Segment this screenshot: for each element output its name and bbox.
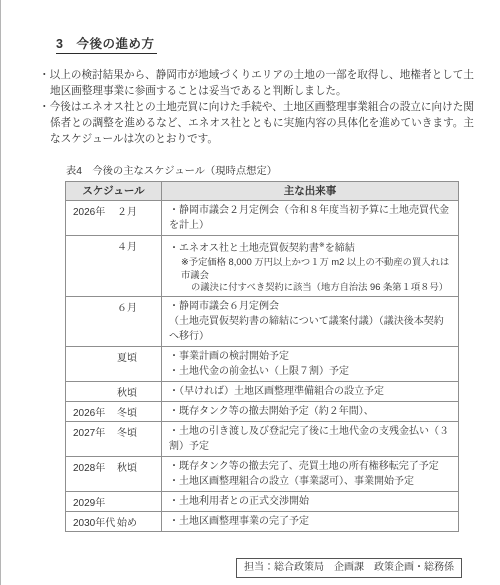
events-cell: ・土地区画整理事業の完了予定 — [162, 511, 459, 531]
schedule-table-body: 2026年２月・静岡市議会２月定例会（令和８年度当初予算に土地売買代金を計上）４… — [66, 201, 459, 532]
schedule-period: 始め — [117, 518, 137, 529]
events-cell: ・静岡市議会６月定例会（土地売買仮契約書の締結について議案付議）（議決後本契約へ… — [162, 296, 459, 346]
event-line: ・土地の引き渡し及び登記完了後に土地代金の支残金払い（３割）予定 — [169, 424, 453, 454]
table-row: ６月・静岡市議会６月定例会（土地売買仮契約書の締結について議案付議）（議決後本契… — [66, 296, 459, 346]
schedule-year: 2028年 — [73, 459, 117, 474]
body-paragraph: ・今後はエネオス社との土地売買に向けた手続や、土地区画整理事業組合の設立に向けた… — [39, 99, 474, 147]
schedule-table: スケジュール 主な出来事 2026年２月・静岡市議会２月定例会（令和８年度当初予… — [65, 181, 459, 532]
schedule-cell: 2028年秋頃 — [66, 456, 162, 491]
document-page: 3 今後の進め方 ・以上の検討結果から、静岡市が地域づくりエリアの土地の一部を取… — [0, 0, 500, 585]
event-line: ・（早ければ）土地区画整理準備組合の設立予定 — [169, 384, 453, 399]
schedule-cell: 夏頃 — [66, 346, 162, 381]
table-header-row: スケジュール 主な出来事 — [66, 182, 459, 201]
table-row: 2026年冬頃・既存タンク等の撤去開始予定（約２年間）、 — [66, 401, 459, 421]
schedule-period: 秋頃 — [117, 388, 137, 399]
events-cell: ・土地の引き渡し及び登記完了後に土地代金の支残金払い（３割）予定 — [162, 421, 459, 456]
schedule-year: 2029年 — [73, 494, 117, 509]
event-line: ※予定価格 8,000 万円以上かつ１万 m2 以上の不動産の買入れは市議会 — [169, 256, 453, 281]
events-cell: ・静岡市議会２月定例会（令和８年度当初予算に土地売買代金を計上） — [162, 201, 459, 236]
table-row: 2029年・土地利用者との正式交渉開始 — [66, 491, 459, 511]
event-line: ・土地代金の前金払い（上限７割）予定 — [169, 364, 453, 379]
schedule-cell: 2026年冬頃 — [66, 401, 162, 421]
schedule-year: 2027年 — [73, 424, 117, 439]
events-cell: ・既存タンク等の撤去開始予定（約２年間）、 — [162, 401, 459, 421]
events-cell: ・エネオス社と土地売買仮契約書※を締結※予定価格 8,000 万円以上かつ１万 … — [162, 236, 459, 297]
schedule-year: 2026年 — [73, 404, 117, 419]
table-row: ４月・エネオス社と土地売買仮契約書※を締結※予定価格 8,000 万円以上かつ１… — [66, 236, 459, 297]
event-line: ・土地利用者との正式交渉開始 — [169, 494, 453, 509]
schedule-period: 冬頃 — [117, 408, 137, 419]
event-line: ・既存タンク等の撤去開始予定（約２年間）、 — [169, 404, 453, 419]
schedule-period: ２月 — [117, 207, 137, 218]
schedule-cell: 2027年冬頃 — [66, 421, 162, 456]
table-row: 夏頃・事業計画の検討開始予定・土地代金の前金払い（上限７割）予定 — [66, 346, 459, 381]
table-header-events: 主な出来事 — [162, 182, 459, 201]
events-cell: ・事業計画の検討開始予定・土地代金の前金払い（上限７割）予定 — [162, 346, 459, 381]
contact-box: 担当：総合政策局 企画課 政策企画・総務係 — [236, 558, 462, 578]
schedule-period: ６月 — [117, 303, 137, 314]
schedule-year: 2030年代 — [73, 514, 117, 529]
event-line: （土地売買仮契約書の締結について議案付議）（議決後本契約へ移行） — [169, 314, 453, 344]
events-cell: ・既存タンク等の撤去完了、売買土地の所有権移転完了予定・土地区画整理組合の設立（… — [162, 456, 459, 491]
event-line: ・静岡市議会２月定例会（令和８年度当初予算に土地売買代金を計上） — [169, 203, 453, 233]
table-row: 2026年２月・静岡市議会２月定例会（令和８年度当初予算に土地売買代金を計上） — [66, 201, 459, 236]
event-line: ・土地区画整理事業の完了予定 — [169, 514, 453, 529]
event-line: ・土地区画整理組合の設立（事業認可）、事業開始予定 — [169, 474, 453, 489]
table-row: 2027年冬頃・土地の引き渡し及び登記完了後に土地代金の支残金払い（３割）予定 — [66, 421, 459, 456]
table-row: 2030年代始め・土地区画整理事業の完了予定 — [66, 511, 459, 531]
event-line: ・静岡市議会６月定例会 — [169, 299, 453, 314]
schedule-table-head: スケジュール 主な出来事 — [66, 182, 459, 201]
table-row: 秋頃・（早ければ）土地区画整理準備組合の設立予定 — [66, 381, 459, 401]
schedule-cell: 秋頃 — [66, 381, 162, 401]
body-paragraph: ・以上の検討結果から、静岡市が地域づくりエリアの土地の一部を取得し、地権者として… — [39, 67, 474, 99]
table-header-schedule: スケジュール — [66, 182, 162, 201]
heading-wrap: 3 今後の進め方 — [56, 34, 474, 54]
event-line: ・事業計画の検討開始予定 — [169, 349, 453, 364]
schedule-cell: ４月 — [66, 236, 162, 297]
events-cell: ・土地利用者との正式交渉開始 — [162, 491, 459, 511]
event-line: ・エネオス社と土地売買仮契約書※を締結 — [169, 238, 453, 256]
section-heading: 3 今後の進め方 — [56, 34, 157, 54]
schedule-cell: 2026年２月 — [66, 201, 162, 236]
schedule-cell: ６月 — [66, 296, 162, 346]
schedule-period: 夏頃 — [117, 353, 137, 364]
schedule-period: 秋頃 — [117, 463, 137, 474]
schedule-year: 2026年 — [73, 203, 117, 218]
table-caption: 表4 今後の主なスケジュール（現時点想定） — [66, 162, 474, 177]
schedule-period: ４月 — [117, 242, 137, 253]
schedule-cell: 2030年代始め — [66, 511, 162, 531]
schedule-period: 冬頃 — [117, 428, 137, 439]
events-cell: ・（早ければ）土地区画整理準備組合の設立予定 — [162, 381, 459, 401]
event-line: ・既存タンク等の撤去完了、売買土地の所有権移転完了予定 — [169, 459, 453, 474]
table-row: 2028年秋頃・既存タンク等の撤去完了、売買土地の所有権移転完了予定・土地区画整… — [66, 456, 459, 491]
event-line: の議決に付すべき契約に該当（地方自治法 96 条第１項８号） — [169, 281, 453, 294]
body-text: ・以上の検討結果から、静岡市が地域づくりエリアの土地の一部を取得し、地権者として… — [39, 67, 474, 147]
schedule-cell: 2029年 — [66, 491, 162, 511]
